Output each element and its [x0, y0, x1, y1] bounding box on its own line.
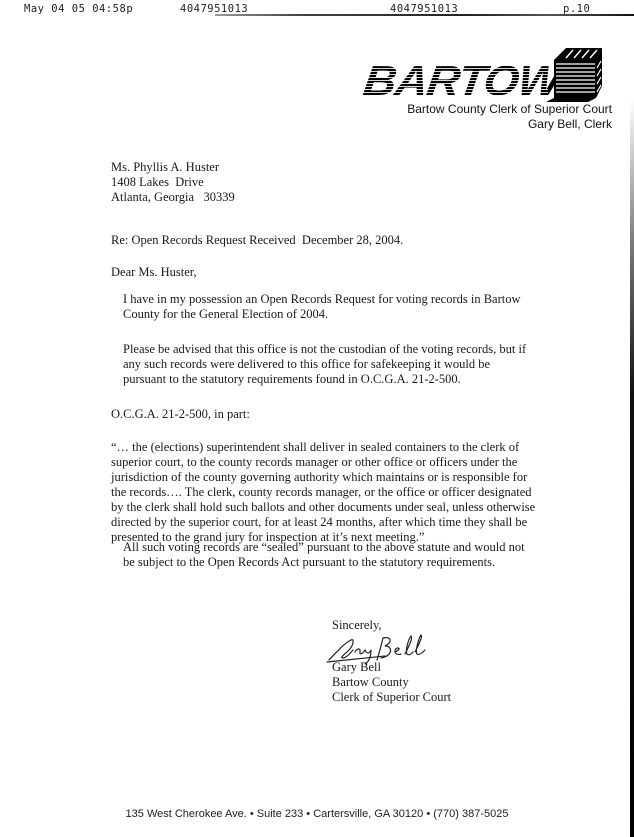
subject-line: Re: Open Records Request Received Decemb…: [111, 233, 403, 248]
paragraph-text: Please be advised that this office is no…: [111, 342, 531, 387]
body-paragraph: I have in my possession an Open Records …: [111, 292, 531, 322]
office-name: Bartow County Clerk of Superior Court: [407, 102, 612, 117]
paragraph-text: All such voting records are “sealed” pur…: [111, 540, 531, 570]
letterhead-text: Bartow County Clerk of Superior Court Ga…: [407, 102, 612, 132]
fax-header-rule: [215, 14, 634, 16]
salutation: Dear Ms. Huster,: [111, 265, 197, 280]
body-paragraph: Please be advised that this office is no…: [111, 342, 531, 387]
recipient-city: Atlanta, Georgia 30339: [111, 190, 235, 205]
statute-quote: “… the (elections) superintendent shall …: [111, 440, 541, 545]
recipient-name: Ms. Phyllis A. Huster: [111, 160, 235, 175]
paragraph-text: “… the (elections) superintendent shall …: [111, 440, 541, 545]
scan-edge-artifact: [630, 100, 634, 837]
body-paragraph: All such voting records are “sealed” pur…: [111, 540, 531, 570]
signer-county: Bartow County: [332, 675, 451, 690]
signer-block: Gary Bell Bartow County Clerk of Superio…: [332, 660, 451, 705]
recipient-address: Ms. Phyllis A. Huster 1408 Lakes Drive A…: [111, 160, 235, 205]
paragraph-text: I have in my possession an Open Records …: [111, 292, 531, 322]
signer-name: Gary Bell: [332, 660, 451, 675]
signer-title: Clerk of Superior Court: [332, 690, 451, 705]
closing: Sincerely,: [332, 618, 382, 633]
paragraph-text: O.C.G.A. 21-2-500, in part:: [111, 407, 531, 422]
statute-reference: O.C.G.A. 21-2-500, in part:: [111, 407, 531, 422]
footer-address: 135 West Cherokee Ave. • Suite 233 • Car…: [0, 808, 634, 820]
recipient-street: 1408 Lakes Drive: [111, 175, 235, 190]
stacked-pages-icon: [546, 42, 602, 102]
fax-timestamp: May 04 05 04:58p: [24, 3, 133, 15]
logo-wordmark: BARTOW: [361, 60, 563, 102]
bartow-logo: BARTOW: [360, 42, 610, 102]
clerk-name: Gary Bell, Clerk: [407, 117, 612, 132]
